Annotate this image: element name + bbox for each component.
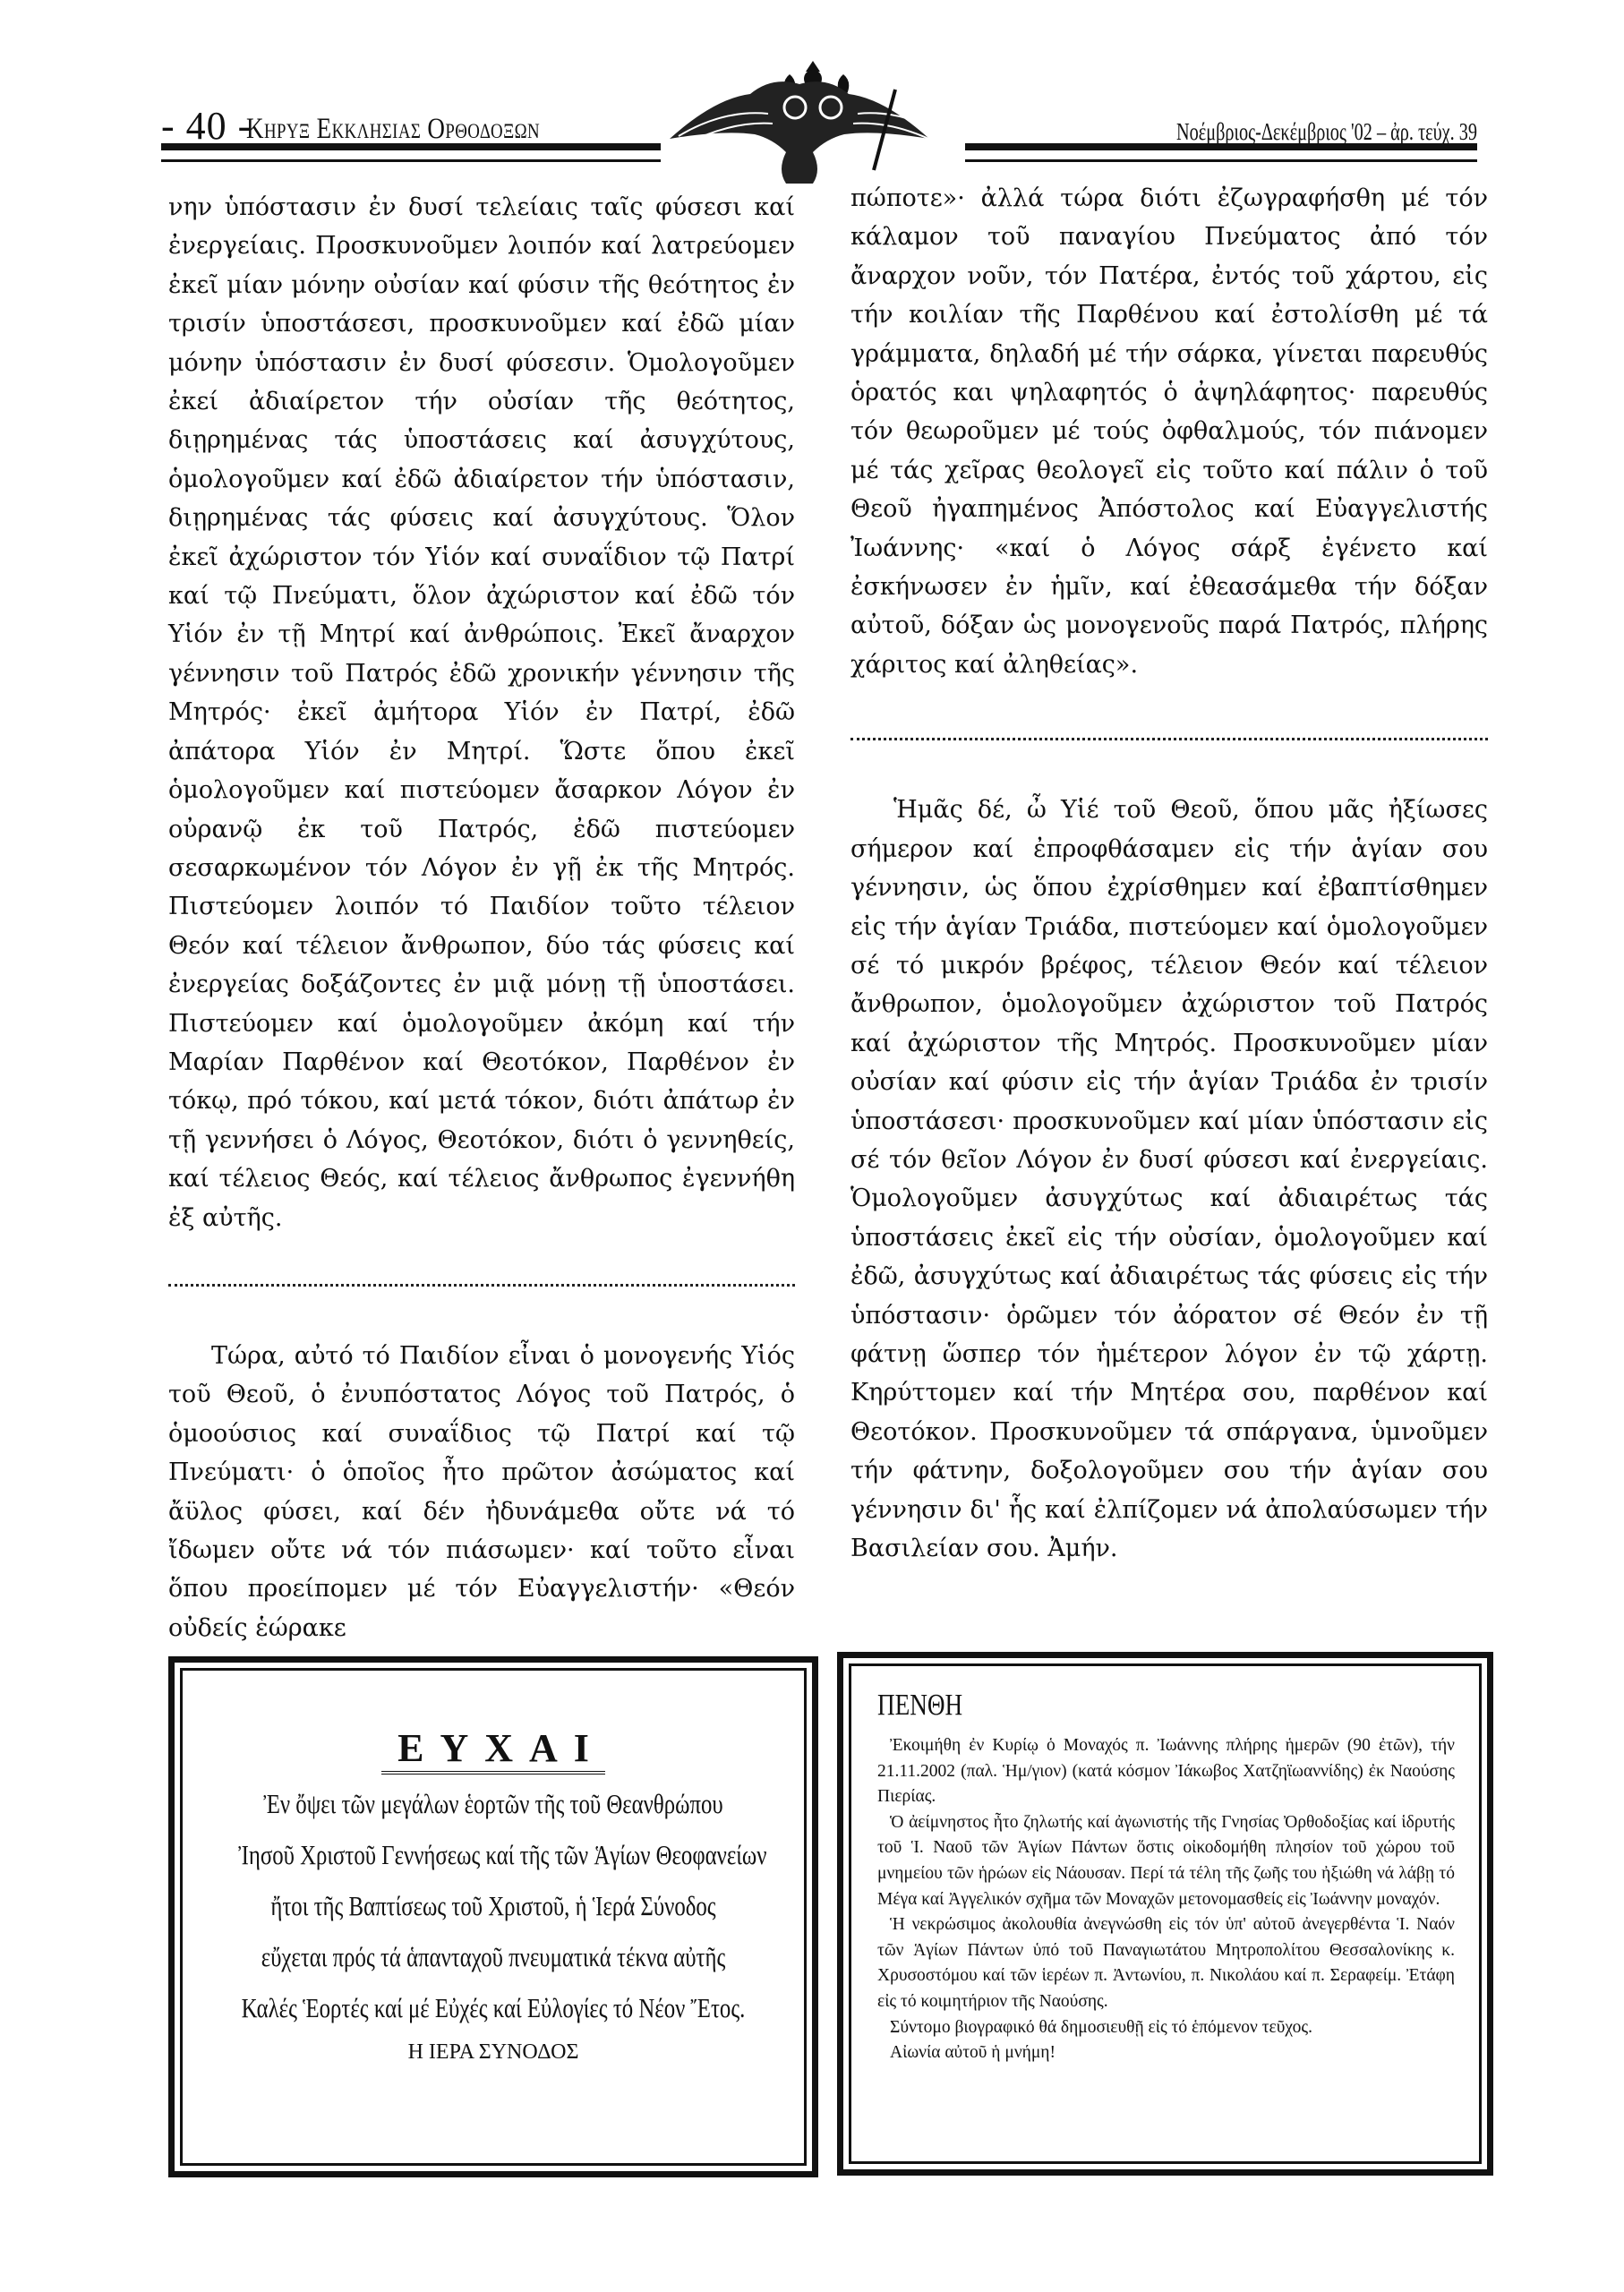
- obituary-title: ΠΕΝΘΗ: [877, 1689, 962, 1723]
- left-column: νην ὑπόστασιν ἐν δυσί τελείαις ταῖς φύσε…: [168, 188, 795, 1647]
- issue-info: Νοέμβριος-Δεκέμβριος '02 – ἀρ. τεύχ. 39: [1176, 118, 1477, 146]
- greetings-line: Ἐν ὄψει τῶν μεγάλων ἑορτῶν τῆς τοῦ Θεανθ…: [238, 1778, 748, 1829]
- right-column: πώποτε»· ἀλλά τώρα διότι ἐζωγραφήσθη μέ …: [850, 179, 1488, 1568]
- dotted-separator: [168, 1284, 795, 1287]
- left-paragraph-1: νην ὑπόστασιν ἐν δυσί τελείαις ταῖς φύσε…: [168, 188, 795, 1237]
- obituary-paragraph: Αἰωνία αὐτοῦ ἡ μνήμη!: [877, 2040, 1455, 2066]
- greetings-line: Ἰησοῦ Χριστοῦ Γεννήσεως καί τῆς τῶν Ἁγίω…: [238, 1829, 748, 1880]
- left-paragraph-2: Τώρα, αὐτό τό Παιδίον εἶναι ὁ μονογενής …: [168, 1337, 795, 1647]
- obituary-paragraph: Ἐκοιμήθη ἐν Κυρίῳ ὁ Μοναχός π. Ἰωάννης π…: [877, 1733, 1455, 1810]
- dotted-separator: [850, 738, 1488, 740]
- publication-title: Κηρυξ Εκκλησιας Ορθοδοξων: [246, 113, 540, 146]
- page-number: - 40 -: [161, 103, 252, 149]
- greetings-title: ΕΥΧΑΙ: [381, 1725, 605, 1775]
- obituary-paragraph: Σύντομο βιογραφικό θά δημοσιευθῇ εἰς τό …: [877, 2015, 1455, 2041]
- obituary-box: ΠΕΝΘΗ Ἐκοιμήθη ἐν Κυρίῳ ὁ Μοναχός π. Ἰωά…: [837, 1652, 1493, 2176]
- obituary-body: Ἐκοιμήθη ἐν Κυρίῳ ὁ Μοναχός π. Ἰωάννης π…: [877, 1733, 1455, 2066]
- greetings-line: ἤτοι τῆς Βαπτίσεως τοῦ Χριστοῦ, ἡ Ἱερά Σ…: [238, 1880, 748, 1931]
- greetings-line: εὔχεται πρός τά ἁπανταχοῦ πνευματικά τέκ…: [238, 1931, 748, 1982]
- obituary-paragraph: Ἡ νεκρώσιμος ἀκολουθία ἀνεγνώσθη εἰς τόν…: [877, 1912, 1455, 2014]
- right-paragraph-2: Ἡμᾶς δέ, ὦ Υἱέ τοῦ Θεοῦ, ὅπου μᾶς ἠξίωσε…: [850, 791, 1488, 1568]
- double-headed-eagle-icon: [661, 54, 965, 188]
- greetings-box: ΕΥΧΑΙ Ἐν ὄψει τῶν μεγάλων ἑορτῶν τῆς τοῦ…: [168, 1656, 818, 2177]
- right-paragraph-1: πώποτε»· ἀλλά τώρα διότι ἐζωγραφήσθη μέ …: [850, 179, 1488, 684]
- page-header: - 40 - Κηρυξ Εκκλησιας Ορθοδοξων Νοέμβρι…: [134, 54, 1477, 179]
- greetings-line: Καλές Ἑορτές καί μέ Εὐχές καί Εὐλογίες τ…: [238, 1982, 748, 2033]
- greetings-signature: Η ΙΕΡΑ ΣΥΝΟΔΟΣ: [175, 2040, 812, 2065]
- obituary-paragraph: Ὁ ἀείμνηστος ἦτο ζηλωτής καί ἀγωνιστής τ…: [877, 1810, 1455, 1912]
